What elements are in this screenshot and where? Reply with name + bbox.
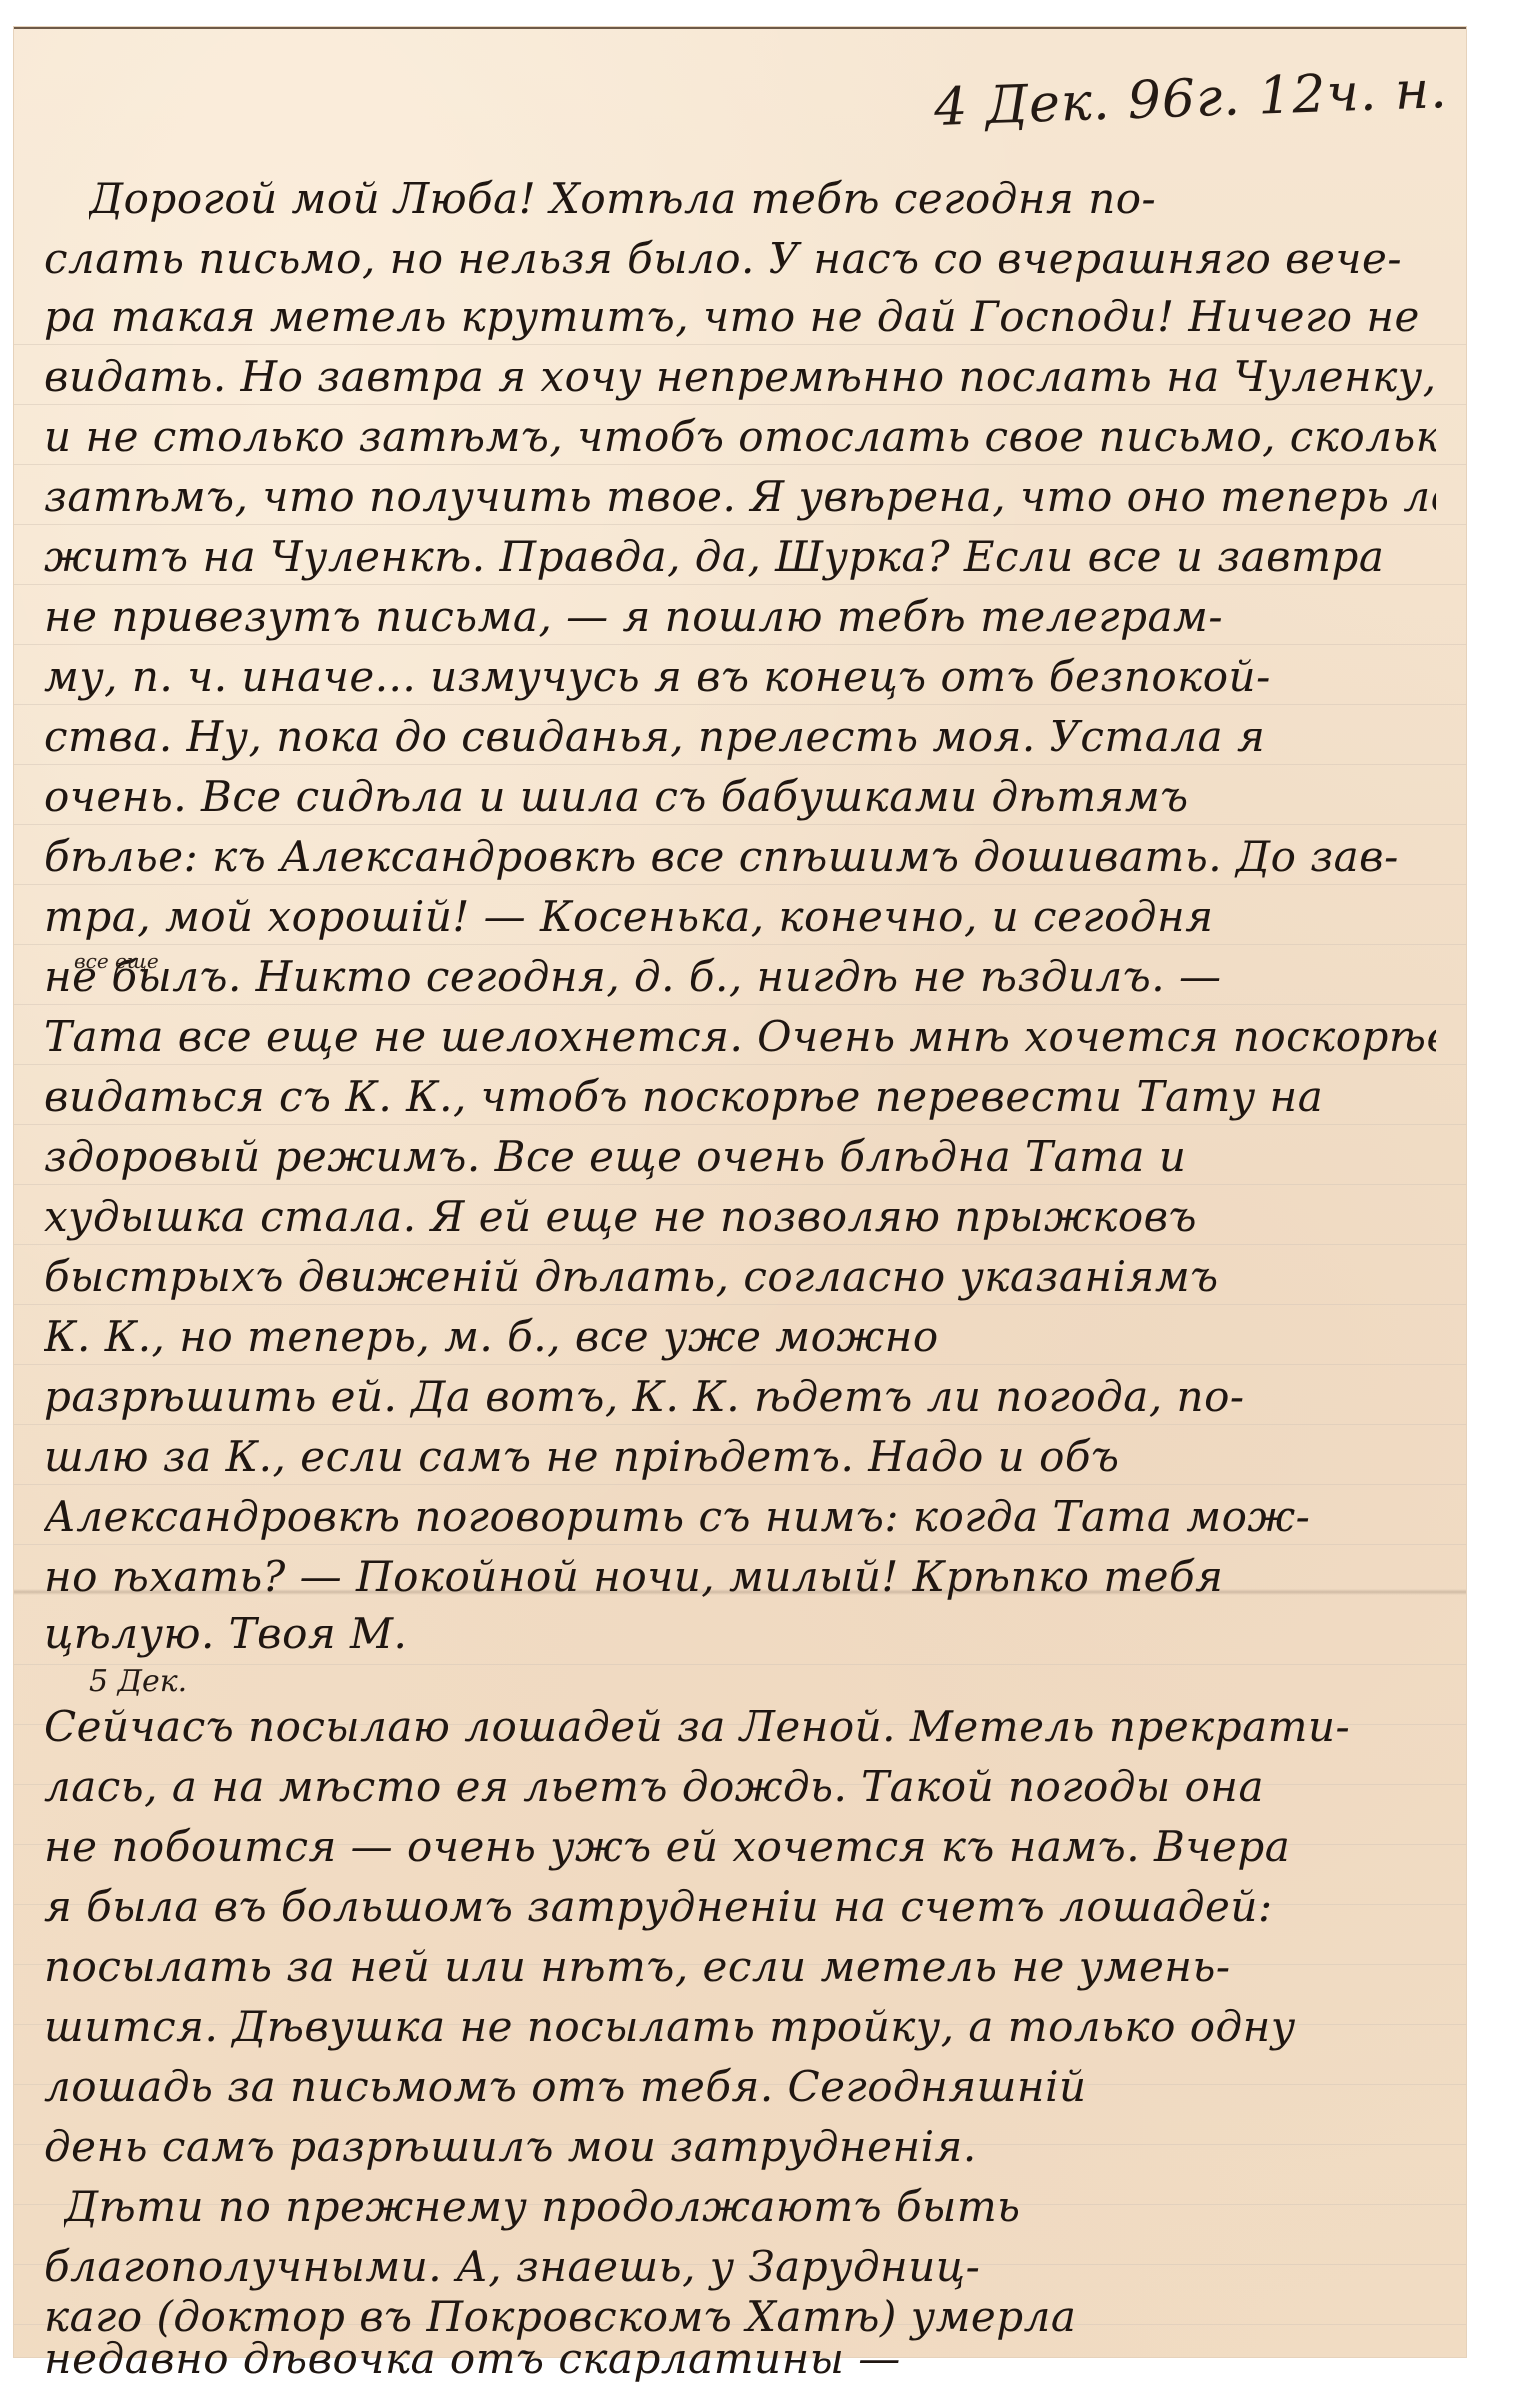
letter-line: я была въ большомъ затрудненіи на счетъ … [44, 1877, 1436, 1937]
letter-line: бѣлье: къ Александровкѣ все спѣшимъ доши… [44, 827, 1436, 887]
letter-line: не привезутъ письма, — я пошлю тебѣ теле… [44, 587, 1436, 647]
letter-date: 4 Дек. 96г. 12ч. н. [933, 60, 1448, 138]
letter-line: видаться съ К. К., чтобъ поскорѣе переве… [44, 1067, 1436, 1127]
letter-line: но ѣхать? — Покойной ночи, милый! Крѣпко… [44, 1547, 1436, 1607]
letter-line: лошадь за письмомъ отъ тебя. Сегодняшній [44, 2057, 1436, 2117]
letter-line: шится. Дѣвушка не посылать тройку, а тол… [44, 1997, 1436, 2057]
interlinear-note: все еще [74, 949, 159, 973]
ruled-line [14, 1664, 1466, 1665]
letter-line: Дѣти по прежнему продолжаютъ быть [64, 2177, 1436, 2237]
letter-line: здоровый режимъ. Все еще очень блѣдна Та… [44, 1127, 1436, 1187]
letter-line: тра, мой хорошій! — Косенька, конечно, и… [44, 887, 1436, 947]
letter-line: день самъ разрѣшилъ мои затрудненія. [44, 2117, 1436, 2177]
letter-line: и не столько затѣмъ, чтобъ отослать свое… [44, 407, 1436, 467]
letter-line: недавно дѣвочка отъ скарлатины — [44, 2329, 1436, 2389]
letter-line: шлю за К., если самъ не пріѣдетъ. Надо и… [44, 1427, 1436, 1487]
letter-line: худышка стала. Я ей еще не позволяю прыж… [44, 1187, 1436, 1247]
letter-line: затѣмъ, что получить твое. Я увѣрена, чт… [44, 467, 1436, 527]
letter-line: посылать за ней или нѣтъ, если метель не… [44, 1937, 1436, 1997]
letter-line: очень. Все сидѣла и шила съ бабушками дѣ… [44, 767, 1436, 827]
letter-line: лась, а на мѣсто ея льетъ дождь. Такой п… [44, 1757, 1436, 1817]
letter-line: слать письмо, но нельзя было. У насъ со … [44, 229, 1436, 289]
letter-line: ства. Ну, пока до свиданья, прелесть моя… [44, 707, 1436, 767]
letter-line: не былъ. Никто сегодня, д. б., нигдѣ не … [44, 947, 1436, 1007]
letter-line: Тата все еще не шелохнется. Очень мнѣ хо… [44, 1007, 1436, 1067]
letter-line: разрѣшить ей. Да вотъ, К. К. ѣдетъ ли по… [44, 1367, 1436, 1427]
letter-line: житъ на Чуленкѣ. Правда, да, Шурка? Если… [44, 527, 1436, 587]
letter-line: видать. Но завтра я хочу непремѣнно посл… [44, 347, 1436, 407]
letter-line: Сейчасъ посылаю лошадей за Леной. Метель… [44, 1697, 1436, 1757]
entry-date: 5 Дек. [89, 1664, 187, 1699]
signature-line: цѣлую. Твоя М. [44, 1604, 1436, 1664]
letter-line: быстрыхъ движеній дѣлать, согласно указа… [44, 1247, 1436, 1307]
letter-line: му, п. ч. иначе... измучусь я въ конецъ … [44, 647, 1436, 707]
letter-line: Дорогой мой Люба! Хотѣла тебѣ сегодня по… [89, 169, 1436, 229]
letter-line: ра такая метель крутитъ, что не дай Госп… [44, 287, 1436, 347]
letter-line: Александровкѣ поговорить съ нимъ: когда … [44, 1487, 1436, 1547]
letter-line: К. К., но теперь, м. б., все уже можно [44, 1307, 1436, 1367]
letter-paper: 4 Дек. 96г. 12ч. н. Дорогой мой Люба! Хо… [14, 27, 1466, 2357]
letter-line: не побоится — очень ужъ ей хочется къ на… [44, 1817, 1436, 1877]
